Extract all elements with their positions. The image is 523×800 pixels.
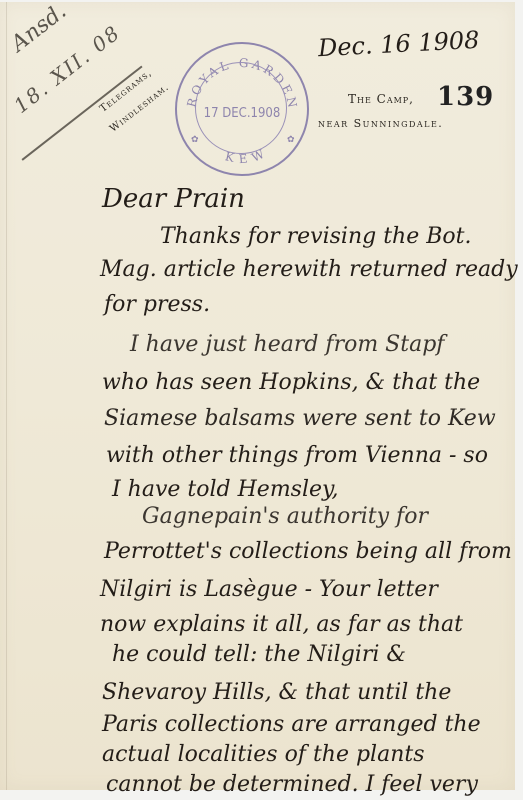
body-line: now explains it all, as far as that bbox=[100, 612, 463, 637]
body-line: I have just heard from Stapf bbox=[130, 332, 444, 357]
reference-number: 139 bbox=[437, 82, 494, 112]
body-line: with other things from Vienna - so bbox=[106, 443, 488, 468]
letterhead-address-line2: near Sunningdale. bbox=[318, 117, 443, 130]
royal-gardens-kew-stamp: ROYAL GARDENS KEW ✿ ✿ 17 DEC.1908 bbox=[175, 42, 309, 176]
body-line: Perrottet's collections being all from bbox=[104, 539, 512, 564]
handwritten-date: Dec. 16 1908 bbox=[317, 26, 480, 62]
body-line: who has seen Hopkins, & that the bbox=[102, 370, 480, 395]
body-line: Gagnepain's authority for bbox=[142, 504, 428, 529]
salutation: Dear Prain bbox=[102, 184, 245, 214]
stamp-date: 17 DEC.1908 bbox=[177, 106, 307, 121]
body-line: cannot be determined. I feel very bbox=[106, 772, 478, 797]
body-line: actual localities of the plants bbox=[102, 742, 425, 767]
page-edge-line bbox=[6, 2, 7, 790]
letterhead-address-line1: The Camp, bbox=[348, 92, 414, 106]
body-line: Siamese balsams were sent to Kew bbox=[104, 406, 496, 431]
body-line: for press. bbox=[104, 292, 210, 317]
body-line: Nilgiri is Lasègue - Your letter bbox=[100, 577, 438, 602]
body-line: he could tell: the Nilgiri & bbox=[112, 642, 406, 667]
body-line: Shevaroy Hills, & that until the bbox=[102, 680, 451, 705]
body-line: Thanks for revising the Bot. bbox=[160, 224, 471, 249]
body-line: I have told Hemsley, bbox=[112, 477, 339, 502]
svg-text:✿: ✿ bbox=[191, 135, 199, 145]
body-line: Mag. article herewith returned ready bbox=[100, 257, 518, 282]
body-line: Paris collections are arranged the bbox=[102, 712, 481, 737]
letter-page: Ansd. 18. XII. 08 Telegrams, Windlesham.… bbox=[0, 2, 515, 790]
pencil-answered-note: Ansd. bbox=[7, 0, 72, 57]
svg-text:✿: ✿ bbox=[287, 135, 295, 145]
